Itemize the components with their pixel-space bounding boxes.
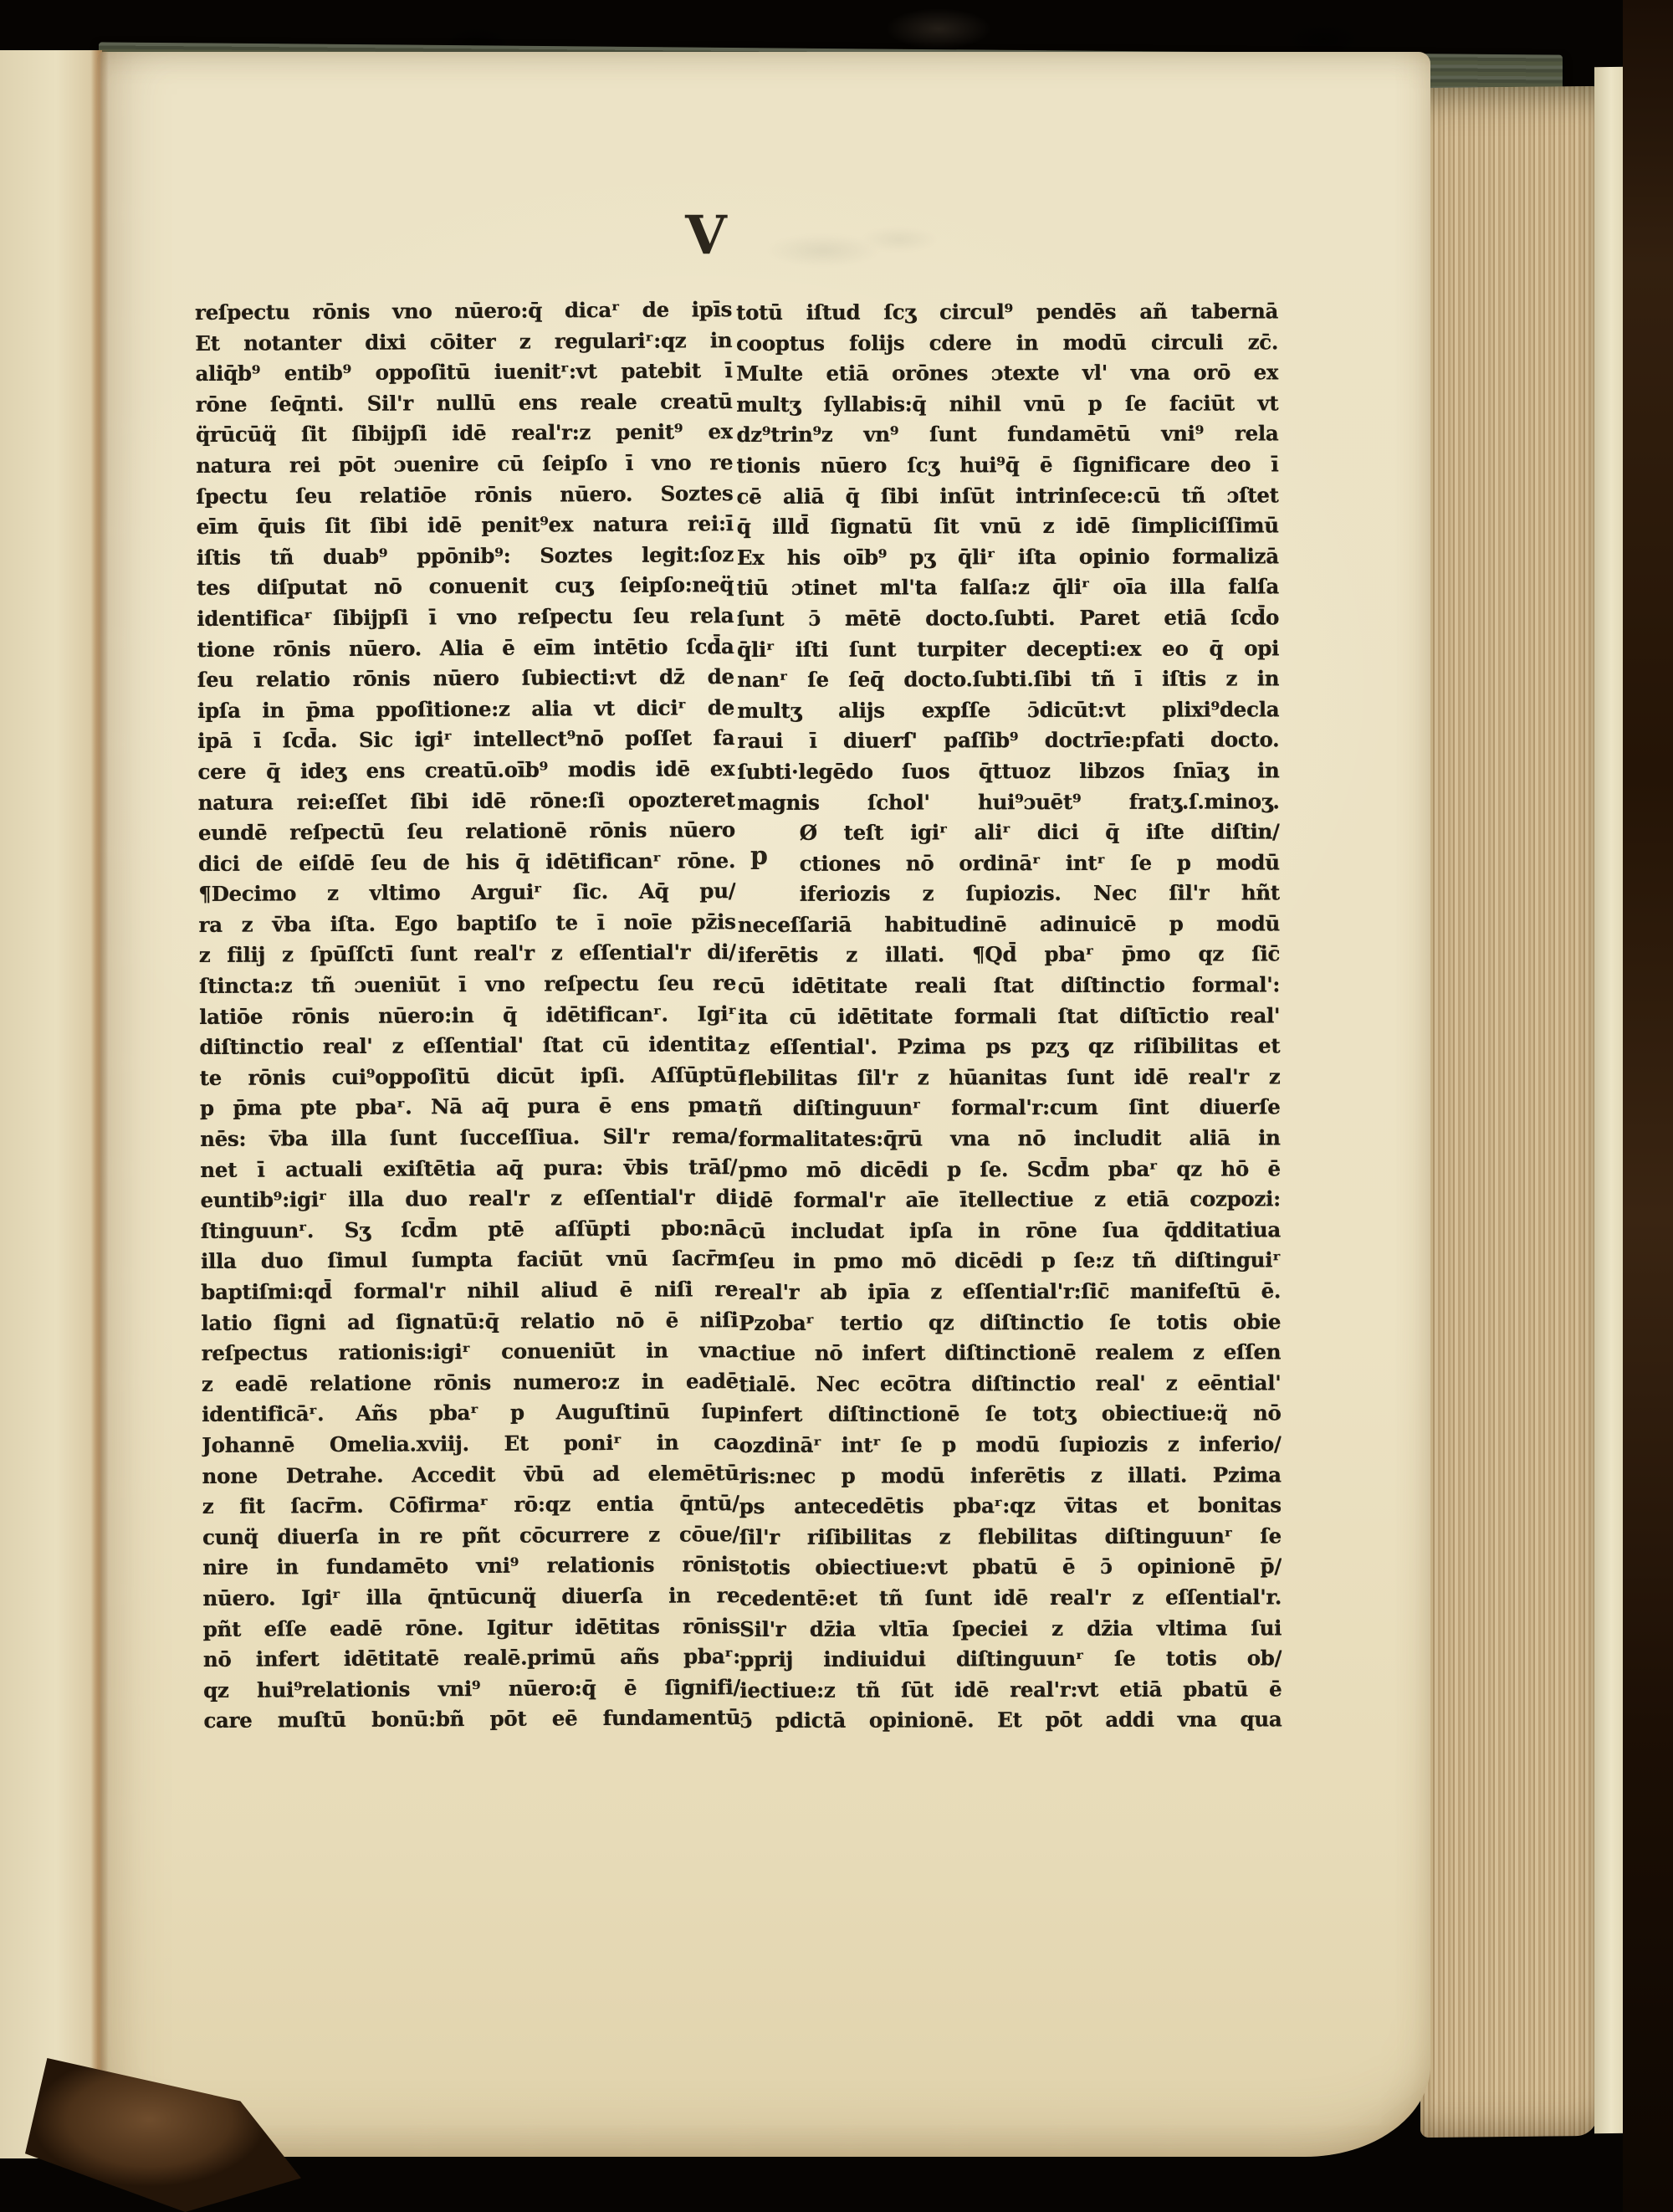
text-line: te rōnis cui⁹oppoſitū dicūt ipſi. Aſſūpt…	[200, 1060, 737, 1094]
text-line: tione rōnis nūero. Alia ē eīm intētio ſc…	[197, 632, 734, 666]
text-line: nire in fundamēto vni⁹ relationis rōnis	[202, 1549, 739, 1584]
text-line: qz hui⁹relationis vni⁹ nūero:q̄ ē ſignif…	[203, 1672, 740, 1707]
text-line: q̄ illd̄ ſignatū ſit vnū z idē ſimpliciſ…	[737, 510, 1279, 542]
text-line: euntib⁹:igiʳ illa duo real'r z eſſential…	[200, 1182, 737, 1216]
text-line: iſtis tñ duab⁹ ppōnib⁹: Soztes legit:ſoz	[197, 540, 734, 574]
text-line: pprij indiuidui diſtinguunʳ ſe totis ob/	[739, 1643, 1282, 1675]
text-line: raui ī diuerſ' paſſib⁹ doctrīe:pfati doc…	[737, 725, 1279, 757]
text-line: Pzobaʳ tertio qz diſtinctio ſe totis obi…	[739, 1307, 1281, 1339]
text-line: ſpectu ſeu relatiōe rōnis nūero. Soztes	[196, 479, 733, 513]
text-line: totū iſtud ſcʒ circul⁹ pendēs añ tabernā	[736, 296, 1278, 328]
marginal-guide-letter: p	[750, 842, 768, 872]
text-line: tiū ɔtinet ml'ta falſa:z q̄liʳ oīa illa …	[737, 572, 1279, 604]
text-line: illa duo ſimul ſumpta faciūt vnū ſacr̄m	[201, 1243, 738, 1278]
text-line: flebilitas ſil'r z hūanitas ſunt idē rea…	[738, 1062, 1280, 1093]
text-line: z fit ſacr̄m. Cōfirmaʳ rō:qz entia q̄ntū…	[202, 1488, 739, 1523]
ink-showthrough	[736, 209, 954, 284]
textblock-fore-edge	[1420, 86, 1598, 2138]
text-line: tionis nūero ſcʒ hui⁹q̄ ē ſignificare de…	[736, 449, 1278, 481]
text-line: ipſa in p̄ma ppoſitione:z alia vt diciʳ …	[197, 693, 734, 727]
text-line: Multe etiā orōnes ɔtexte vl' vna orō ex	[736, 357, 1278, 389]
text-line: z eadē relatione rōnis numero:z in eadē	[202, 1366, 739, 1400]
signature-mark: V	[661, 204, 753, 267]
text-line: iferiozis z ſupiozis. Nec ſil'r hñt	[738, 878, 1280, 910]
text-line: ra z v̄ba iſta. Ego baptiſo te ī noīe pz…	[198, 907, 735, 941]
text-line: none Detrahe. Accedit v̄bū ad elemētū	[202, 1458, 739, 1493]
text-line: rōne ſeq̄nti. Sil'r nullū ens reale crea…	[196, 387, 733, 421]
text-line: Et notanter dixi cōiter z regulariʳ:qz i…	[195, 325, 732, 360]
text-line: ps antecedētis pbaʳ:qz v̄itas et bonitas	[739, 1490, 1282, 1522]
text-line: nō infert idētitatē realē.primū añs pbaʳ…	[203, 1641, 740, 1676]
right-cover-board	[1623, 0, 1673, 2212]
text-line: natura rei:eſſet ſibi idē rōne:ſi opozte…	[198, 785, 735, 819]
text-line: multʒ alijs expſſe ɔ̄dicūt:vt plixi⁹decl…	[737, 694, 1279, 726]
text-line: latio ſigni ad ſignatū:q̄ relatio nō ē n…	[201, 1305, 738, 1339]
text-line: ſunt ɔ̄ mētē docto.ſubti. Paret etiā ſcd…	[737, 602, 1279, 634]
text-line: cere q̄ ideʒ ens creatū.oīb⁹ modis idē e…	[197, 754, 734, 788]
text-line: ctiones nō ordināʳ intʳ ſe p modū	[738, 847, 1280, 879]
gutter-crease	[90, 50, 109, 2158]
text-line: ipā ī ſcd̄a. Sic igiʳ intellect⁹nō poſſe…	[197, 723, 734, 757]
text-line: diſtinctio real' z eſſential' ſtat cū id…	[199, 1029, 736, 1063]
text-line: reſpectu rōnis vno nūero:q̄ dicaʳ de ipī…	[195, 294, 732, 329]
text-line: ozdināʳ intʳ ſe p modū ſupiozis z inferi…	[739, 1429, 1282, 1461]
text-line: real'r ab ipīa z eſſential'r:ſic̄ manife…	[739, 1276, 1281, 1308]
text-line: Sil'r dz̄ia vltīa ſpeciei z dz̄ia vltima…	[739, 1613, 1282, 1645]
text-line: idē formal'r aīe ītellectiue z etiā cozp…	[739, 1185, 1281, 1216]
text-line: cunq̈ diuerſa in re pñt cōcurrere z cōue…	[202, 1519, 739, 1554]
text-line: cū idētitate reali ſtat diſtinctio forma…	[738, 970, 1280, 1001]
text-line: iectiue:z tñ ſūt idē real'r:vt etiā pbat…	[739, 1674, 1282, 1706]
text-line: reſpectus rationis:igiʳ conueniūt in vna	[202, 1335, 739, 1370]
text-line: identificaʳ ſibijpſi ī vno reſpectu ſeu …	[197, 601, 734, 635]
book-photograph: V reſpectu rōnis vno nūero:q̄ dicaʳ de i…	[0, 0, 1673, 2212]
text-line: z filij z ſpūſſctī ſunt real'r z eſſenti…	[199, 938, 736, 972]
text-line: ctiue nō infert diſtinctionē realem z eſ…	[739, 1337, 1281, 1369]
text-line: nūero. Igiʳ illa q̄ntūcunq̈ diuerſa in r…	[202, 1580, 739, 1615]
text-line: tialē. Nec ecōtra diſtinctio real' z eēn…	[739, 1368, 1281, 1400]
text-line: formalitates:q̄rū vna nō includit aliā i…	[739, 1123, 1281, 1155]
text-line: nēs: v̄ba illa ſunt ſucceſſiua. Sil'r re…	[200, 1121, 737, 1155]
text-line: nanʳ ſe ſeq̄ docto.ſubti.ſibi tñ ī iſtis…	[737, 663, 1279, 695]
text-line: baptiſmi:qd̄ formal'r nihil aliud ē niſi…	[201, 1274, 738, 1308]
text-line: ſtinguunʳ. Sʒ ſcd̄m ptē aſſūpti pbo:nā	[201, 1213, 738, 1247]
text-line: ſeu in pmo mō dicēdi p ſe:z tñ diſtingui…	[739, 1246, 1281, 1278]
text-line: tes diſputat nō conuenit cuʒ ſeipſo:neq̈	[197, 570, 734, 604]
text-line: ris:nec p modū inferētis z illati. Pzima	[739, 1460, 1282, 1492]
text-column-right: totū iſtud ſcʒ circul⁹ pendēs añ tabernā…	[736, 296, 1282, 1743]
text-line: Johannē Omelia.xviij. Et poniʳ in ca	[202, 1427, 739, 1462]
text-line: pñt eſſe eadē rōne. Igitur idētitas rōni…	[203, 1611, 740, 1646]
text-column-left: reſpectu rōnis vno nūero:q̄ dicaʳ de ipī…	[195, 294, 741, 1743]
text-line: aliq̄b⁹ entib⁹ oppoſitū iuenitʳ:vt pateb…	[195, 356, 732, 390]
text-line: z eſſential'. Pzima ps pzʒ qz riſibilita…	[738, 1032, 1280, 1063]
text-line: ſil'r riſibilitas z flebilitas diſtinguu…	[739, 1521, 1282, 1553]
text-line: iferētis z illati. ¶Qd̄ pbaʳ p̄mo qz ſic…	[738, 940, 1280, 971]
text-line: pmo mō dicēdi p ſe. Scd̄m pbaʳ qz hō ē	[739, 1154, 1281, 1185]
text-line: net ī actuali exiſtētia aq̄ pura: v̄bis …	[200, 1152, 737, 1186]
text-line: magnis ſchol' hui⁹ɔuēt⁹ fratʒ.ſ.minoʒ.	[738, 786, 1280, 818]
text-line: ɔ̄ pdictā opinionē. Et pōt addi vna qua	[739, 1705, 1282, 1737]
text-line: cū includat ipſa in rōne ſua q̄dditatiua	[739, 1215, 1281, 1247]
text-line: ſubti·legēdo ſuos q̄ttuoz libzos ſnīaʒ i…	[737, 755, 1279, 787]
text-line: cē aliā q̄ ſibi inſūt intrinſece:cū tñ ɔ…	[737, 480, 1279, 512]
text-line: ſeu relatio rōnis nūero ſubiecti:vt dz̄ …	[197, 662, 734, 696]
text-line: identificāʳ. Añs pbaʳ p Auguſtinū ſup	[202, 1396, 739, 1431]
text-line: p p̄ma pte pbaʳ. Nā aq̄ pura ē ens pma	[200, 1090, 737, 1124]
text-line: eīm q̄uis ſit ſibi idē penit⁹ex natura r…	[197, 509, 734, 543]
text-line: cooptus folijs cdere in modū circuli zc̄…	[736, 327, 1278, 359]
text-line: eundē reſpectū ſeu relationē rōnis nūero	[198, 815, 735, 849]
text-line: multʒ ſyllabis:q̄ nihil vnū p ſe faciūt …	[736, 388, 1278, 420]
text-line: ſtincta:z tñ ɔueniūt ī vno reſpectu ſeu …	[199, 968, 736, 1002]
text-line: ita cū idētitate formali ſtat diſtīctio …	[738, 1001, 1280, 1032]
text-line: Ex his oīb⁹ pʒ q̄liʳ iſta opinio formali…	[737, 541, 1279, 573]
text-line: latiōe rōnis nūero:in q̄ idētificanʳ. Ig…	[199, 999, 736, 1033]
text-line: infert diſtinctionē ſe totʒ obiectiue:q̈…	[739, 1399, 1281, 1431]
text-line: neceſſariā habitudinē adinuicē p modū	[738, 909, 1280, 940]
text-line: ¶Decimo z vltimo Arguiʳ ſic. Aq̄ pu/	[198, 876, 735, 910]
text-line: totis obiectiue:vt pbatū ē ɔ̄ opinionē p…	[739, 1552, 1282, 1584]
text-line: q̄liʳ iſti ſunt turpiter decepti:ex eo q…	[737, 633, 1279, 665]
text-line: q̈rūcūq̈ ſit ſibijpſi idē real'r:z penit…	[196, 417, 733, 451]
text-line: cedentē:et tñ ſunt idē real'r z eſſentia…	[739, 1582, 1282, 1614]
text-line: natura rei pōt ɔuenire cū ſeipſo ī vno r…	[196, 448, 733, 482]
facing-page-sliver	[0, 50, 102, 2158]
text-line: care muſtū bonū:bñ pōt eē fundamentū	[203, 1703, 740, 1737]
text-line: Ø teſt igiʳ aliʳ dici q̄ iſte diſtin/	[738, 817, 1280, 848]
text-line: dz⁹trin⁹z vn⁹ ſunt fundamētū vni⁹ rela	[736, 419, 1278, 451]
text-line: tñ diſtinguunʳ formal'r:cum ſint diuerſe	[738, 1093, 1280, 1124]
text-line: dici de eiſdē ſeu de his q̄ idētificanʳ …	[198, 846, 735, 880]
